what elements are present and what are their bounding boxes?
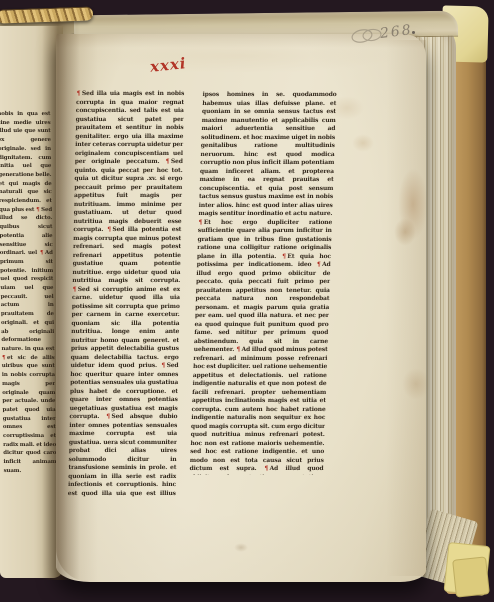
verso-page: nobis in qua est sine medie uires illud … [0, 26, 63, 578]
text-segment: Ad illud quod minus potest refrenari. ad… [189, 346, 327, 472]
text-segment: Ad illud ergo quod primo obiicitur de pe… [194, 261, 331, 353]
text-column-left: ¶Sed illa uia magis est in nobis corrupt… [68, 90, 185, 498]
text-segment: et sic de aliis uiribus que sunt in nobi… [2, 355, 57, 474]
text-segment: Sed hoc queritur quare inter omnes poten… [69, 362, 178, 420]
text-segment: ipsos homines in se. quodammodo habemus … [198, 91, 336, 217]
verso-text-column: nobis in qua est sine medie uires illud … [0, 110, 58, 536]
text-column-right: ipsos homines in se. quodammodo habemus … [189, 91, 336, 475]
text-segment: Sed absque dubio inter omnes potentias s… [68, 413, 178, 498]
ink-dot [412, 31, 415, 34]
text-segment: nobis in qua est sine medie uires illud … [0, 111, 52, 213]
text-segment: Sed illud se dicto. quibus sicut potenti… [0, 207, 53, 257]
text-segment: Ad primum sit potentie. initium uel quod… [0, 250, 55, 352]
text-segment: Sed si corruptio anime est ex carne. uid… [70, 286, 180, 370]
chapter-heading: xxxi [149, 54, 187, 76]
text-segment: Sed quinto. quia peccat per hoc tot. qui… [73, 158, 183, 233]
bottom-page-fan [452, 556, 490, 597]
text-segment: Sed illa potentia est magis corrupta que… [72, 226, 181, 284]
book-photo: { "page": { "heading": "xxxi", "folio_nu… [0, 0, 494, 602]
text-segment: Sed illa uia magis est in nobis corrupta… [75, 90, 185, 165]
